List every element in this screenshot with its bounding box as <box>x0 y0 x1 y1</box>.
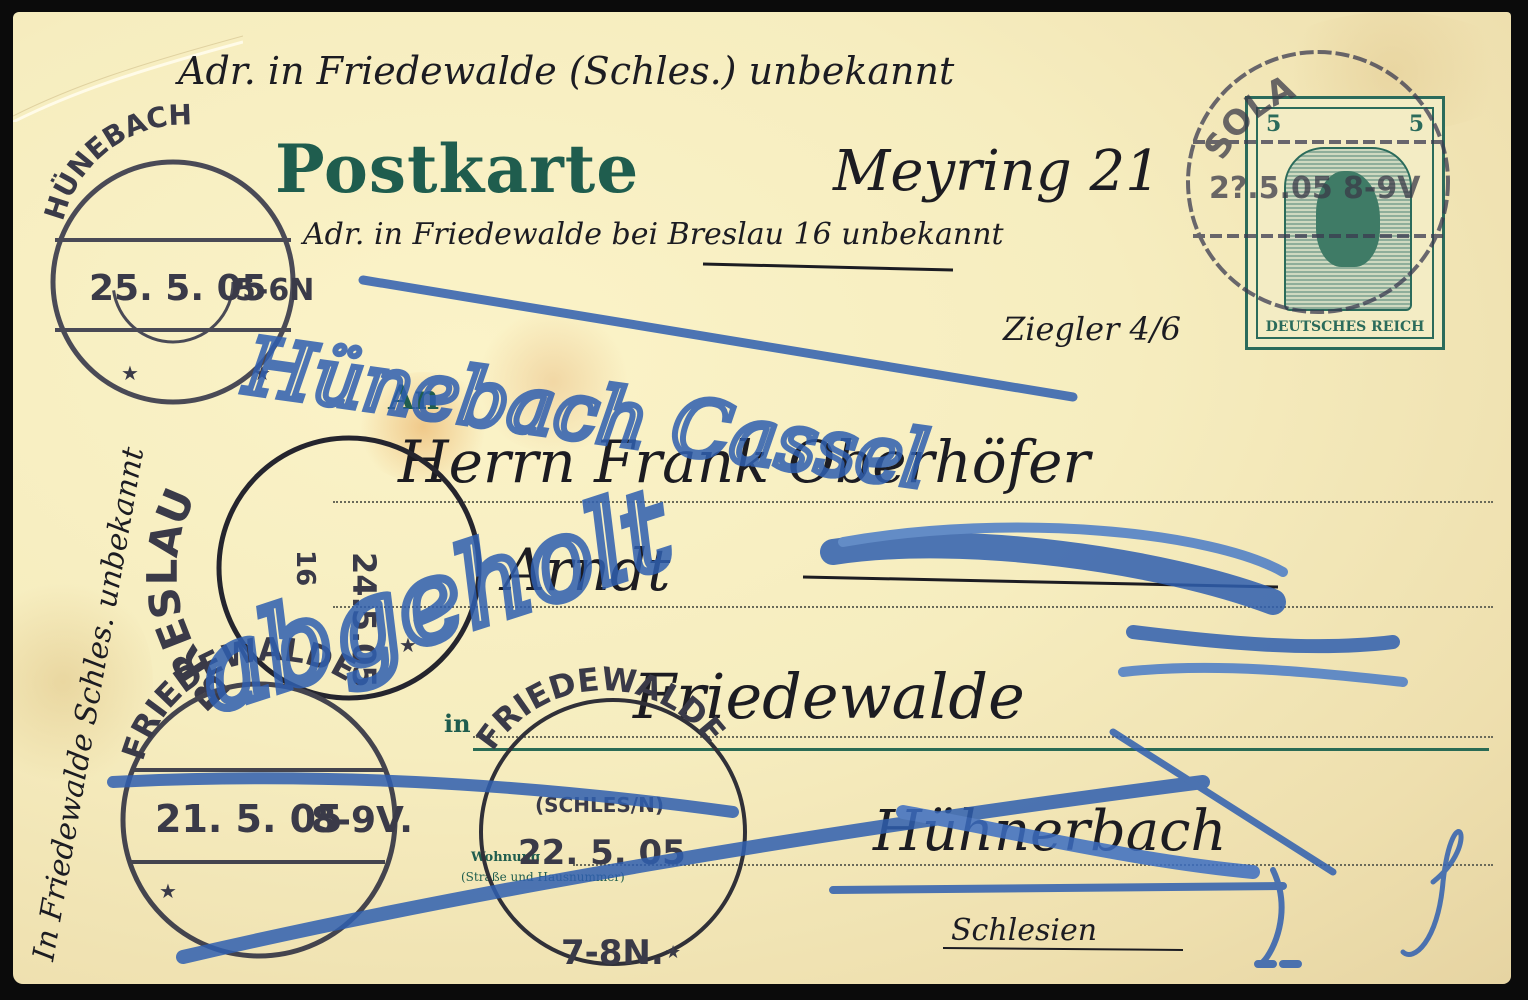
handwriting-region: Schlesien <box>951 913 1097 948</box>
svg-text:8-9V.: 8-9V. <box>311 800 413 841</box>
postmarks-and-handwriting: Adr. in Friedewalde (Schles.) unbekannt … <box>13 12 1511 984</box>
svg-text:8-9V: 8-9V <box>1343 171 1421 206</box>
svg-text:★: ★ <box>121 361 139 385</box>
svg-text:7-8N.: 7-8N. <box>561 933 664 973</box>
svg-text:★: ★ <box>665 942 681 963</box>
handwriting-side-note: In Friedewalde Schles. unbekannt <box>26 444 151 965</box>
svg-text:2?.5.05: 2?.5.05 <box>1209 171 1333 206</box>
postmark-friedewalde-2: FRIEDEWALDE (SCHLES/N) 22. 5. 05 7-8N. ★ <box>468 660 745 973</box>
svg-text:SOLA: SOLA <box>1196 67 1301 166</box>
handwriting-top-note: Adr. in Friedewalde (Schles.) unbekannt <box>175 49 955 93</box>
svg-text:★: ★ <box>159 879 177 903</box>
handwriting-ziegler: Ziegler 4/6 <box>1002 310 1181 348</box>
postcard: Postkarte An in Wohnung (Straße und Haus… <box>13 12 1511 984</box>
svg-text:5-6N: 5-6N <box>235 273 314 308</box>
postmark-stamp-cancel: SOLA 2?.5.05 8-9V <box>1188 52 1448 312</box>
handwriting-note-line: Adr. in Friedewalde bei Breslau 16 unbek… <box>300 217 1005 252</box>
handwriting-meyring: Meyring 21 <box>832 139 1161 204</box>
